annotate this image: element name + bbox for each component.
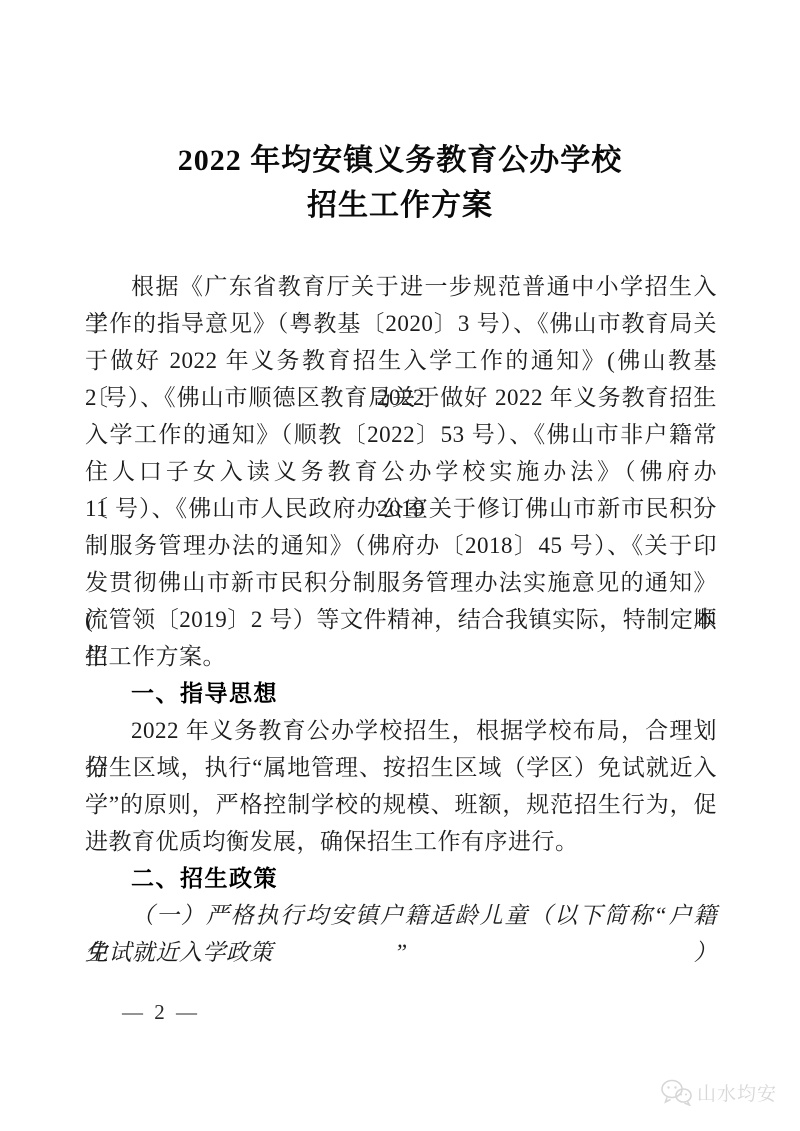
wechat-icon	[660, 1078, 692, 1106]
paragraph-line: 入学工作的通知》（顺教〔2022〕53 号）、《佛山市非户籍常	[85, 416, 717, 453]
title-line-1: 2022 年均安镇义务教育公办学校	[0, 138, 800, 183]
paragraph-line: 11 号）、《佛山市人民政府办公室关于修订佛山市新市民积分	[85, 490, 717, 527]
watermark-text: 山水均安	[697, 1079, 777, 1106]
paragraph-line: 于做好 2022 年义务教育招生入学工作的通知》(佛山教基〔2022〕	[85, 342, 717, 379]
paragraph-line: 流管领〔2019〕2 号）等文件精神，结合我镇实际，特制定本招	[85, 601, 717, 638]
paragraph-line: 工作的指导意见》（粤教基〔2020〕3 号）、《佛山市教育局关	[85, 305, 717, 342]
section-heading-2: 二、招生政策	[85, 860, 717, 897]
paragraph-line: 根据《广东省教育厅关于进一步规范普通中小学招生入学	[85, 268, 717, 305]
paragraph-line: 制服务管理办法的通知》（佛府办〔2018〕45 号）、《关于印	[85, 527, 717, 564]
watermark: 山水均安	[660, 1078, 777, 1106]
page-number: — 2 —	[122, 1000, 200, 1025]
paragraph-line: 住人口子女入读义务教育公办学校实施办法》（佛府办〔2019〕	[85, 453, 717, 490]
paragraph-line: 生工作方案。	[85, 638, 717, 675]
section-heading-1: 一、指导思想	[85, 675, 717, 712]
policy-item-line: （一）严格执行均安镇户籍适龄儿童（以下简称“户籍生”）	[85, 897, 717, 934]
paragraph-line: 学”的原则，严格控制学校的规模、班额，规范招生行为，促	[85, 786, 717, 823]
paragraph-line: 发贯彻佛山市新市民积分制服务管理办法实施意见的通知》(顺	[85, 564, 717, 601]
document-page: 2022 年均安镇义务教育公办学校 招生工作方案 根据《广东省教育厅关于进一步规…	[0, 0, 800, 1131]
paragraph-line: 进教育优质均衡发展，确保招生工作有序进行。	[85, 823, 717, 860]
paragraph-line: 招生区域，执行“属地管理、按招生区域（学区）免试就近入	[85, 749, 717, 786]
title-line-2: 招生工作方案	[0, 183, 800, 228]
document-body: 根据《广东省教育厅关于进一步规范普通中小学招生入学 工作的指导意见》（粤教基〔2…	[85, 268, 717, 971]
paragraph-line: 2022 年义务教育公办学校招生，根据学校布局，合理划分	[85, 712, 717, 749]
paragraph-line: 2 号）、《佛山市顺德区教育局关于做好 2022 年义务教育招生	[85, 379, 717, 416]
document-title: 2022 年均安镇义务教育公办学校 招生工作方案	[0, 138, 800, 228]
